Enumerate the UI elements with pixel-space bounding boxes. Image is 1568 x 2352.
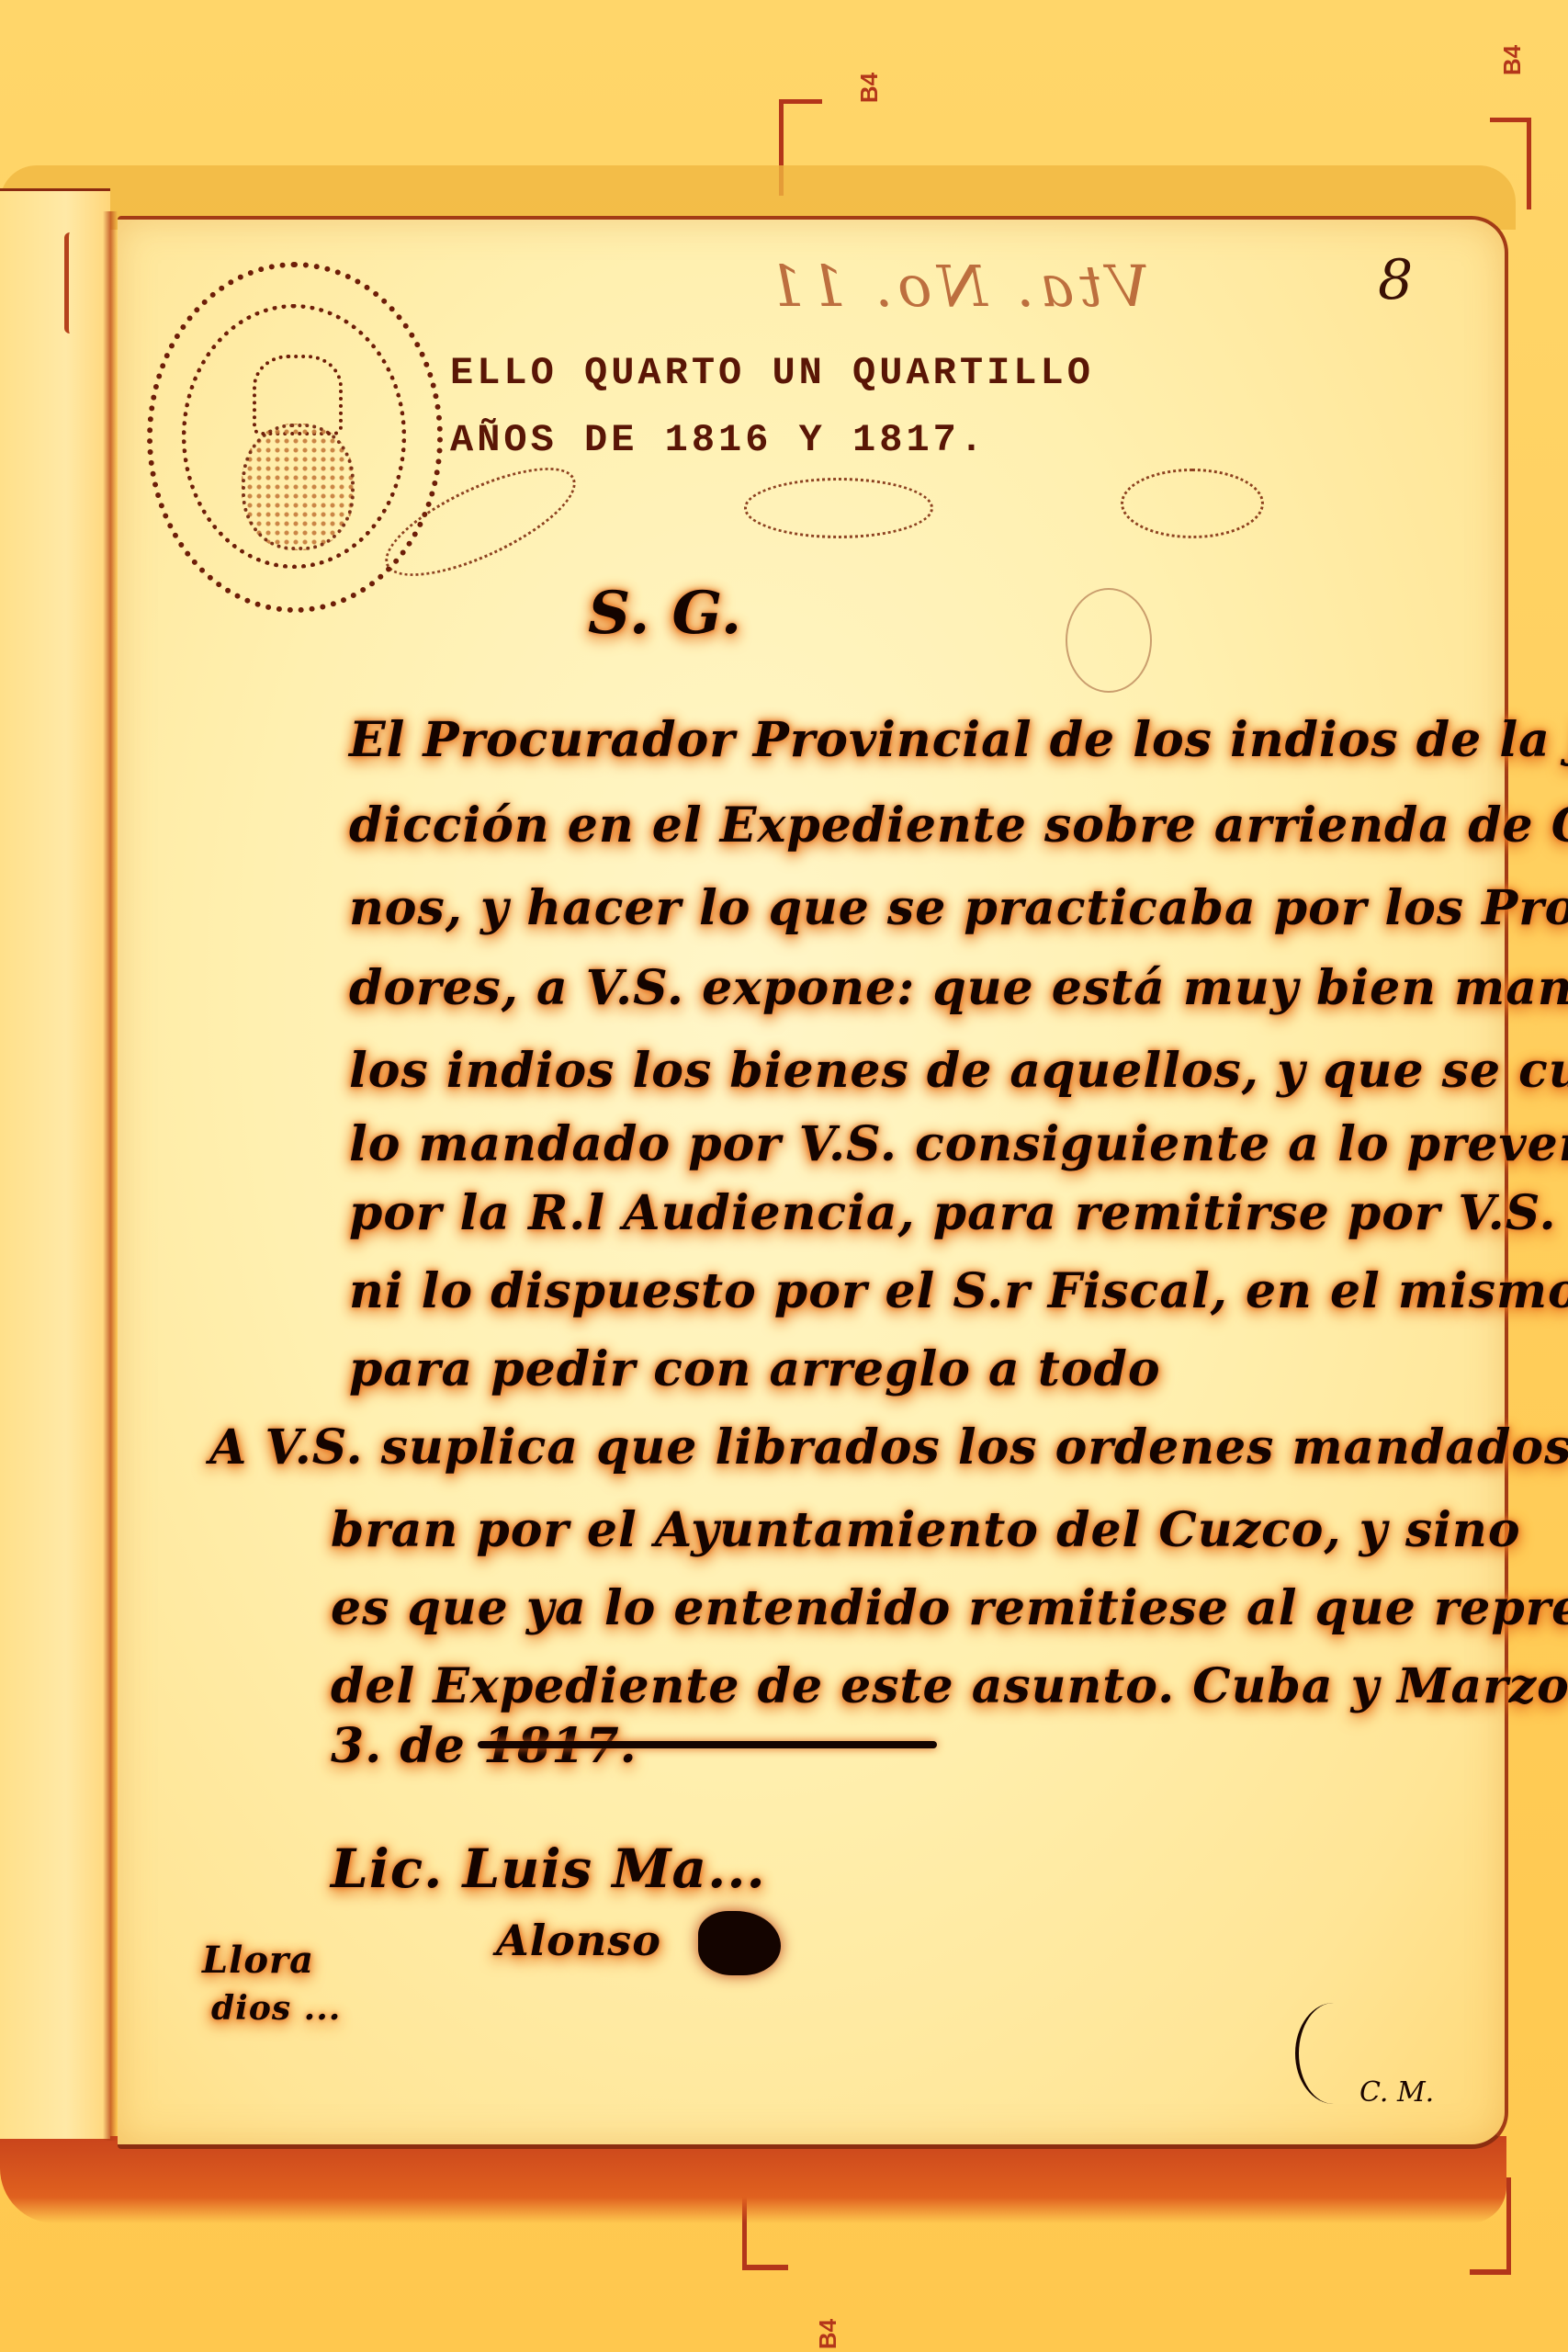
faint-show-through-heading: Vta. No. 11	[762, 253, 1149, 320]
folio-number: 8	[1378, 248, 1413, 312]
body-line-13: del Expediente de este asunto. Cuba y Ma…	[331, 1658, 1568, 1714]
crop-label-top-right: B4	[1498, 45, 1527, 75]
body-line-8: ni lo dispuesto por el S.r Fiscal, en el…	[349, 1263, 1568, 1319]
body-line-11: bran por el Ayuntamiento del Cuzco, y si…	[331, 1502, 1521, 1558]
stamp-line-2: AÑOS DE 1816 Y 1817.	[450, 418, 987, 462]
stamp-flourish-2	[744, 478, 933, 538]
body-line-6: lo mandado por V.S. consiguiente a lo pr…	[349, 1116, 1568, 1172]
body-line-2: dicción en el Expediente sobre arrienda …	[349, 797, 1568, 854]
body-line-5: los indios los bienes de aquellos, y que…	[349, 1043, 1568, 1099]
signature-1: Lic. Luis Ma...	[331, 1837, 766, 1900]
page-shadow-bottom	[0, 2136, 1506, 2223]
signature-2: Alonso	[496, 1916, 661, 1965]
body-line-12: es que ya lo entendido remitiese al que …	[331, 1580, 1568, 1636]
seal-inner-ring	[182, 304, 406, 569]
margin-note-line-2: dios ...	[211, 1989, 341, 2028]
date-flourish-rule	[478, 1741, 937, 1748]
salutation: S. G.	[588, 579, 742, 648]
crop-label-top-left: B4	[855, 73, 884, 103]
body-line-7: por la R.l Audiencia, para remitirse por…	[349, 1185, 1557, 1241]
body-line-3: nos, y hacer lo que se practicaba por lo…	[349, 880, 1568, 936]
body-line-4: dores, a V.S. expone: que está muy bien …	[349, 960, 1568, 1016]
body-line-1: El Procurador Provincial de los indios d…	[349, 712, 1568, 768]
left-facing-page	[0, 188, 110, 2139]
margin-note-line-1: Llora	[202, 1939, 314, 1982]
stamp-flourish-3	[1121, 469, 1264, 538]
faint-rubric	[1066, 588, 1152, 693]
binding-mark	[64, 232, 82, 334]
stamp-line-1: ELLO QUARTO UN QUARTILLO	[450, 351, 1094, 395]
rubric-initials: C. M.	[1359, 2076, 1434, 2109]
book-gutter	[103, 211, 118, 2141]
body-line-9: para pedir con arreglo a todo	[349, 1341, 1161, 1397]
body-line-10: A V.S. suplica que librados los ordenes …	[209, 1419, 1568, 1476]
crop-label-bottom-left: B4	[814, 2319, 842, 2349]
coat-of-arms-icon	[242, 424, 355, 550]
